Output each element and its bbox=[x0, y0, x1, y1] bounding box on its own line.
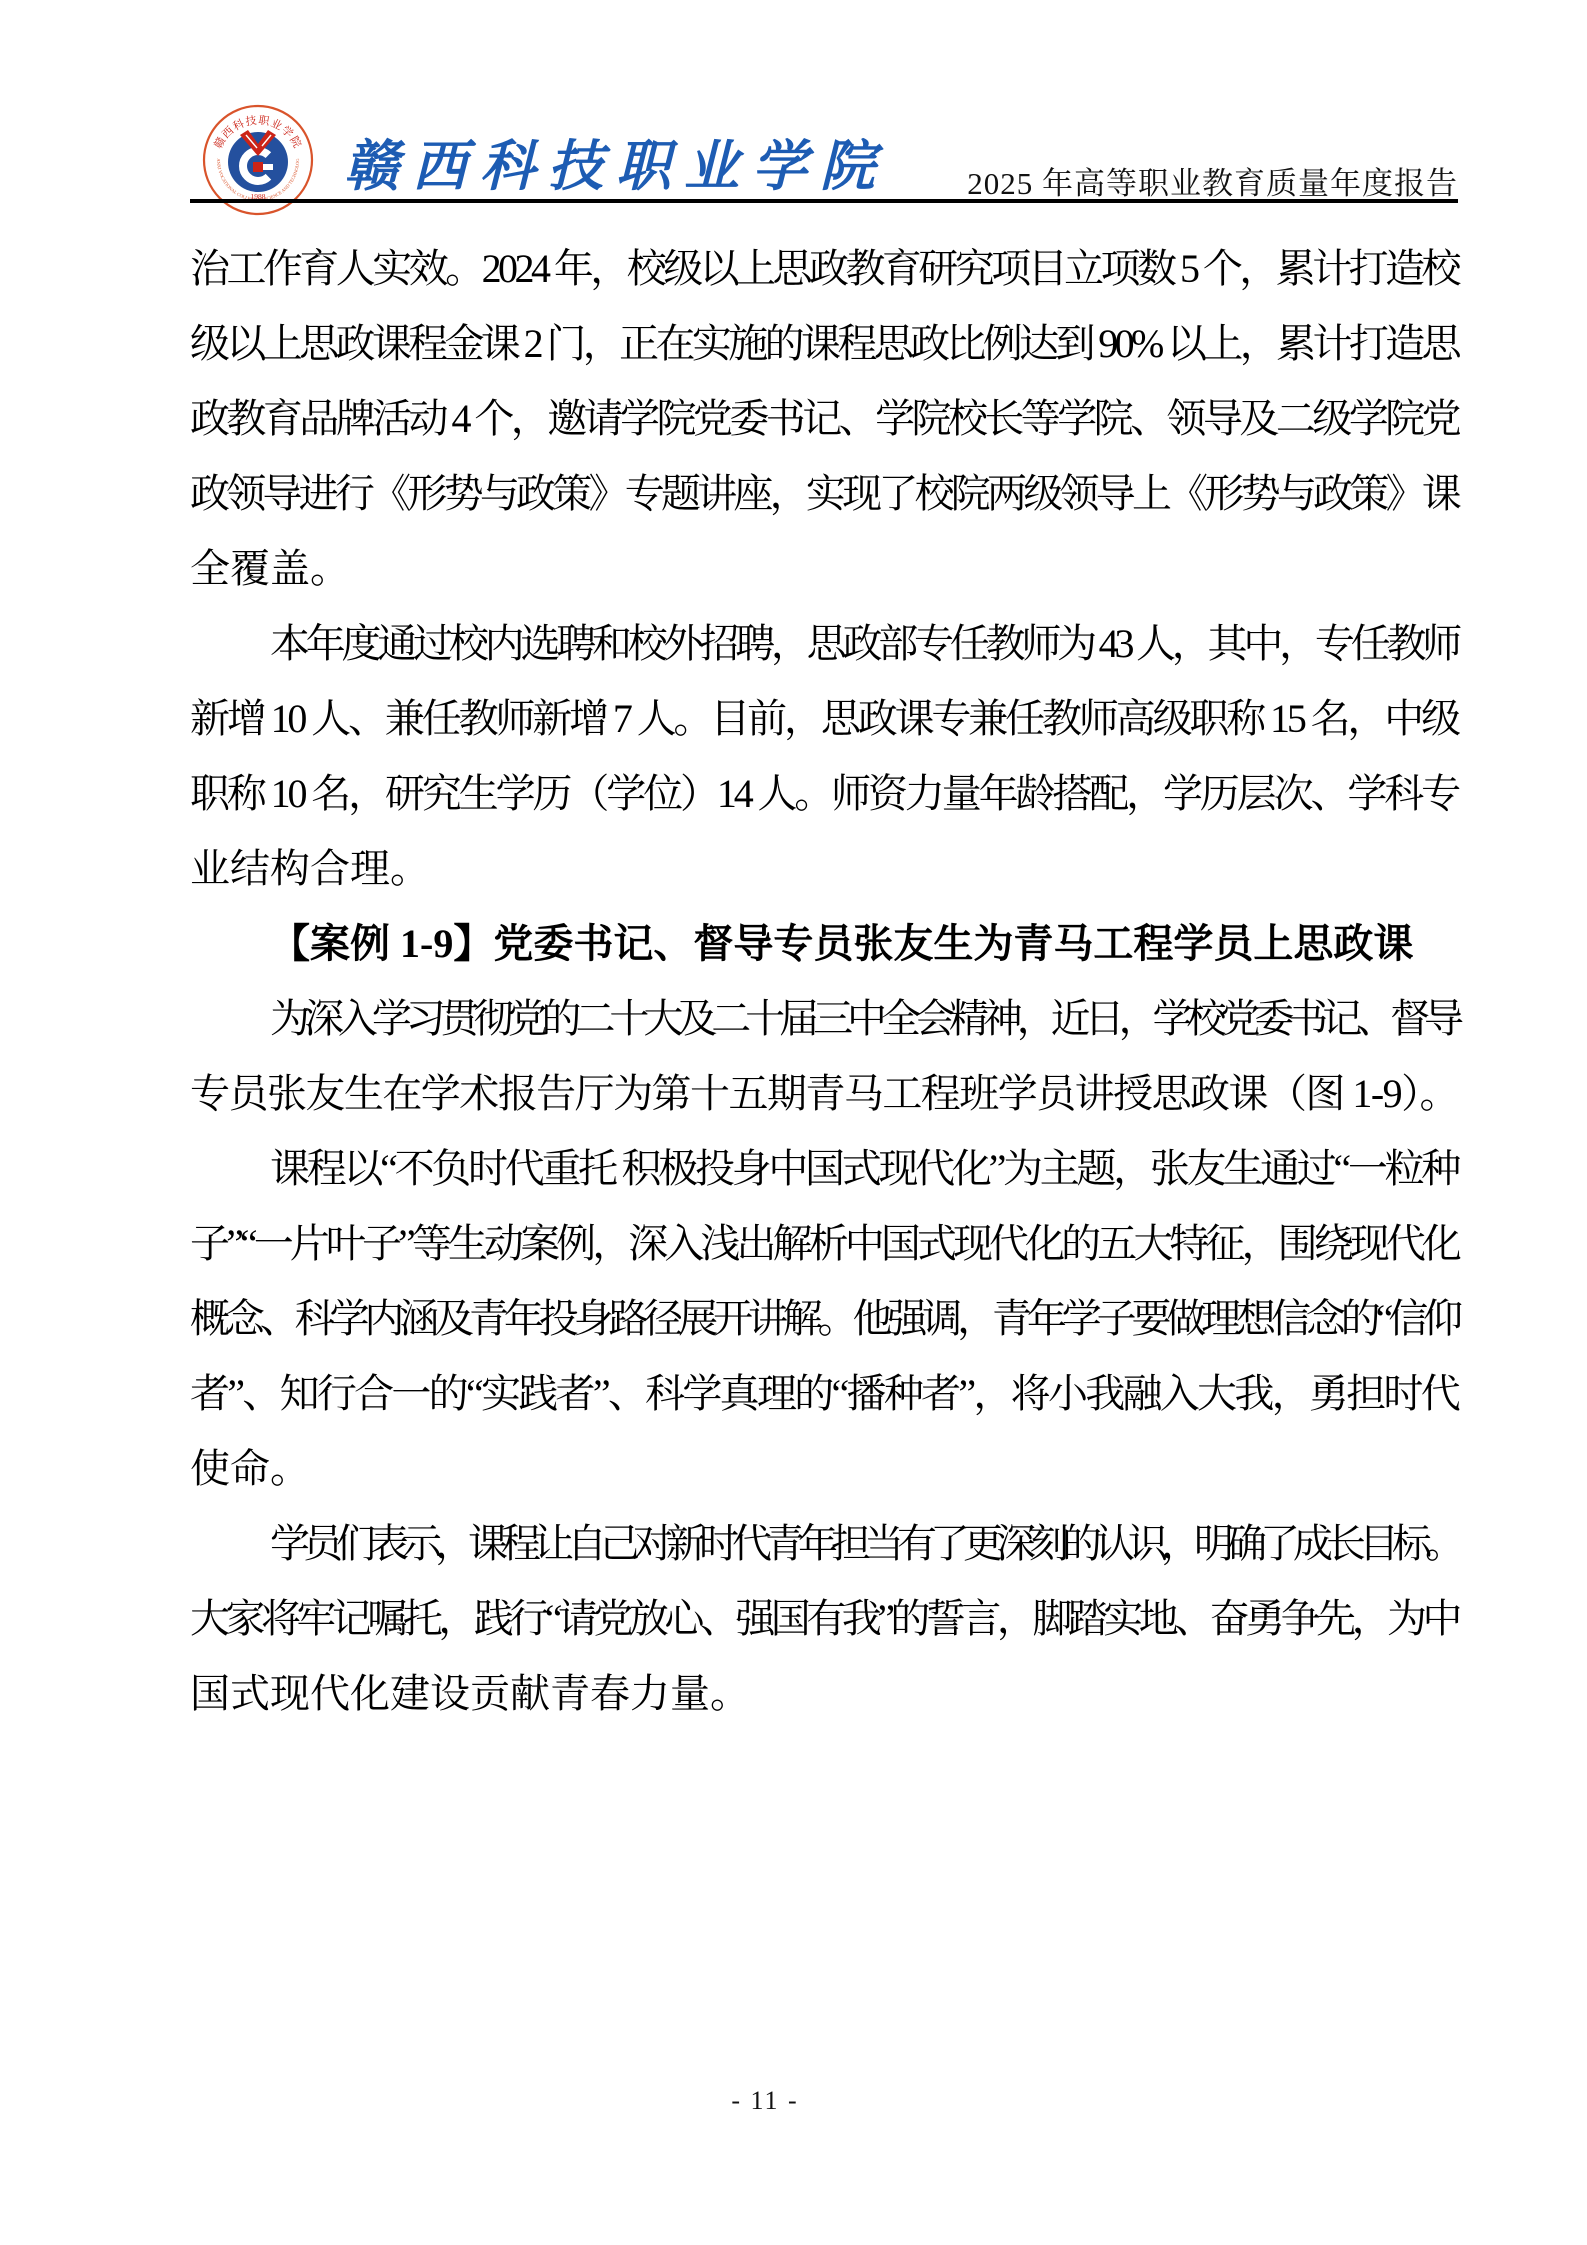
body-line: 学员们表示，课程让自己对新时代青年担当有了更深刻的认识，明确了成长目标。 bbox=[190, 1503, 1458, 1578]
body-line: 级以上思政课程金课 2 门，正在实施的课程思政比例达到 90% 以上，累计打造思 bbox=[190, 303, 1458, 378]
document-body: 治工作育人实效。2024 年，校级以上思政教育研究项目立项数 5 个，累计打造校… bbox=[190, 228, 1458, 1728]
body-line: 全覆盖。 bbox=[190, 528, 1458, 603]
body-line: 政领导进行《形势与政策》专题讲座，实现了校院两级领导上《形势与政策》课 bbox=[190, 453, 1458, 528]
school-name: 赣西科技职业学院 bbox=[344, 122, 888, 201]
body-line: 为深入学习贯彻党的二十大及二十届三中全会精神，近日，学校党委书记、督导 bbox=[190, 978, 1458, 1053]
body-line: 治工作育人实效。2024 年，校级以上思政教育研究项目立项数 5 个，累计打造校 bbox=[190, 228, 1458, 303]
body-line: 子”“一片叶子”等生动案例，深入浅出解析中国式现代化的五大特征，围绕现代化 bbox=[190, 1203, 1458, 1278]
body-line: 本年度通过校内选聘和校外招聘，思政部专任教师为 43 人，其中，专任教师 bbox=[190, 603, 1458, 678]
case-heading: 【案例 1-9】党委书记、督导专员张友生为青马工程学员上思政课 bbox=[190, 903, 1458, 978]
body-line: 课程以“不负时代重托 积极投身中国式现代化”为主题，张友生通过“一粒种 bbox=[190, 1128, 1458, 1203]
body-line: 大家将牢记嘱托，践行“请党放心、强国有我”的誓言，脚踏实地、奋勇争先，为中 bbox=[190, 1578, 1458, 1653]
page-number: - 11 - bbox=[0, 2086, 1530, 2116]
document-page: 赣西科技职业学院 GANXI VOCATIONAL COLLEGE OF SCI… bbox=[0, 0, 1587, 2245]
header-divider bbox=[190, 199, 1458, 203]
body-line: 政教育品牌活动 4 个，邀请学院党委书记、学院校长等学院、领导及二级学院党 bbox=[190, 378, 1458, 453]
body-line: 者”、知行合一的“实践者”、科学真理的“播种者”，将小我融入大我，勇担时代 bbox=[190, 1353, 1458, 1428]
body-line: 概念、科学内涵及青年投身路径展开讲解。他强调，青年学子要做理想信念的“信仰 bbox=[190, 1278, 1458, 1353]
body-line: 职称 10 名，研究生学历（学位）14 人。师资力量年龄搭配，学历层次、学科专 bbox=[190, 753, 1458, 828]
body-line: 使命。 bbox=[190, 1428, 1458, 1503]
body-line: 业结构合理。 bbox=[190, 828, 1458, 903]
body-line: 国式现代化建设贡献青春力量。 bbox=[190, 1653, 1458, 1728]
body-line: 新增 10 人、兼任教师新增 7 人。目前，思政课专兼任教师高级职称 15 名，… bbox=[190, 678, 1458, 753]
body-line: 专员张友生在学术报告厅为第十五期青马工程班学员讲授思政课（图 1-9）。 bbox=[190, 1053, 1458, 1128]
report-title: 2025 年高等职业教育质量年度报告 bbox=[967, 158, 1458, 203]
page-header: 赣西科技职业学院 GANXI VOCATIONAL COLLEGE OF SCI… bbox=[0, 0, 1587, 204]
